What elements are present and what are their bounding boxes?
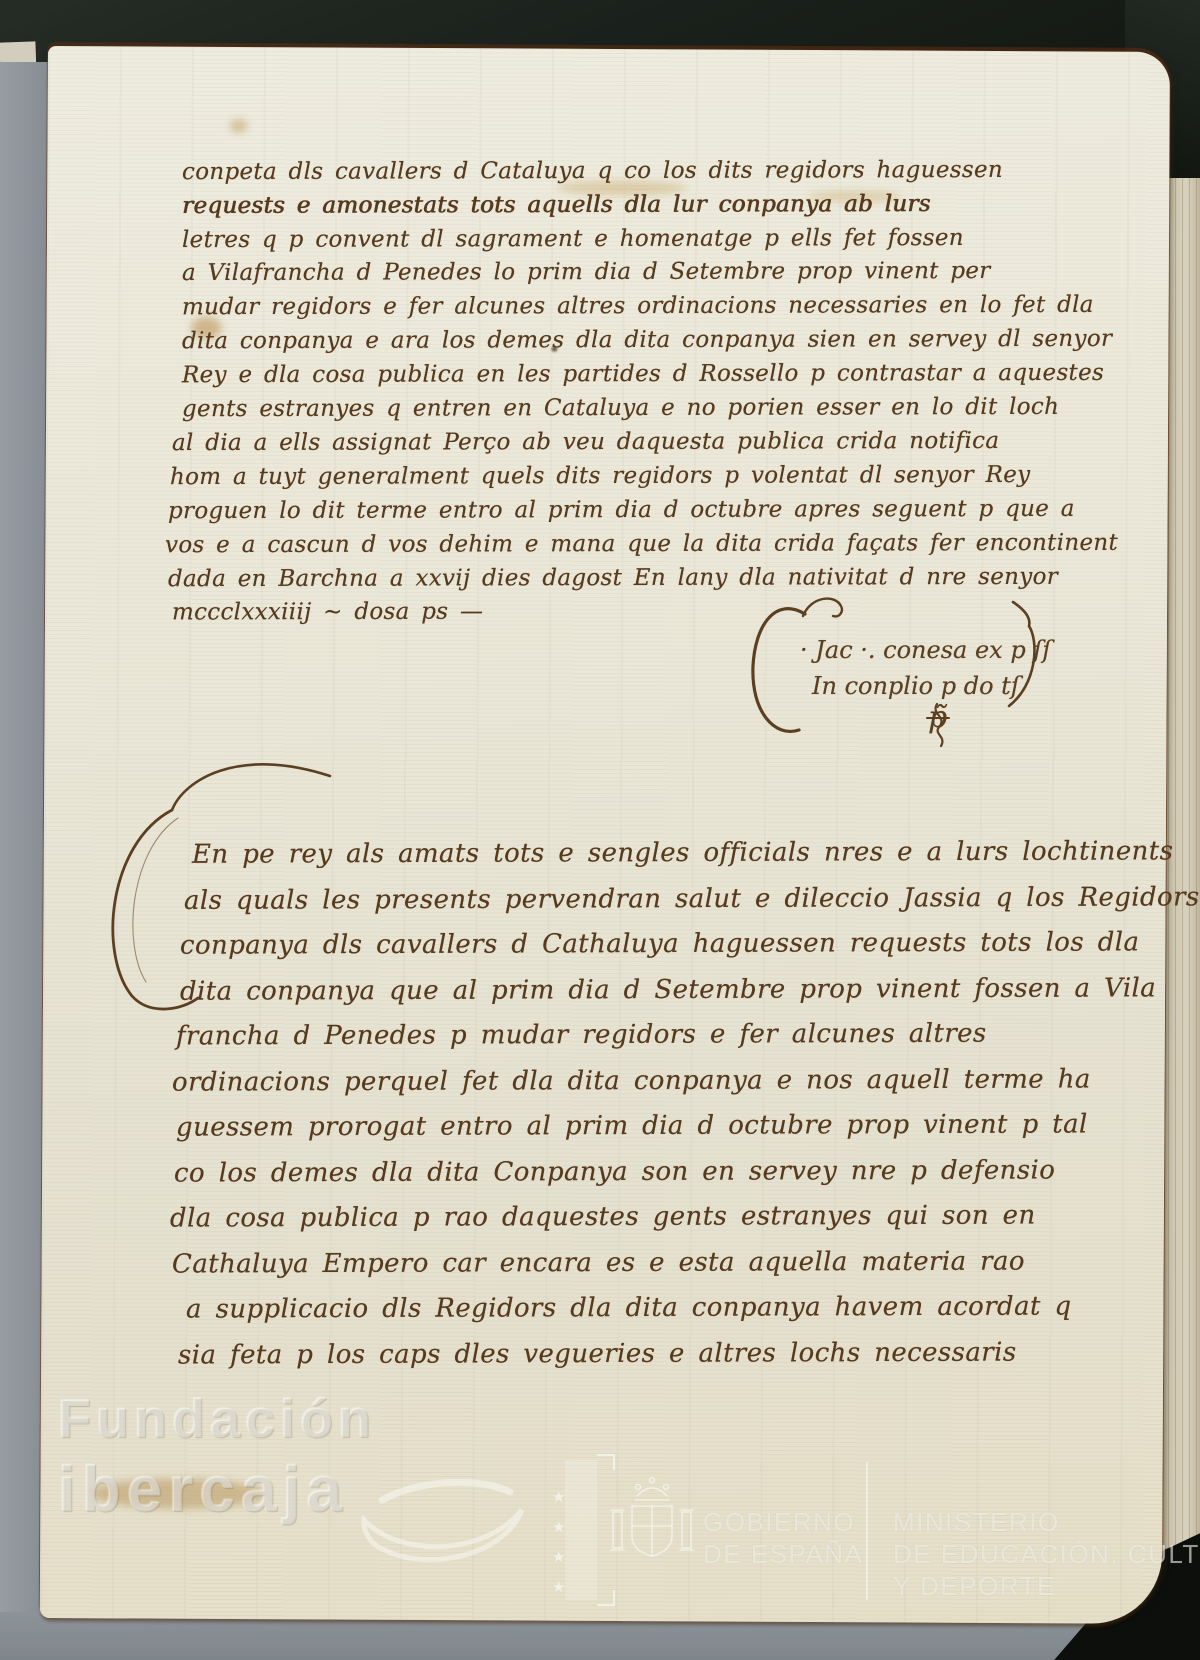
manuscript-line: dla cosa publica p rao daquestes gents e… [170,1200,1036,1233]
manuscript-line: al dia a ells assignat Perço ab veu daqu… [172,428,999,456]
manuscript-line: conpanya dls cavallers d Cathaluya hague… [180,927,1139,960]
spain-coat-of-arms-icon [600,1472,704,1588]
closing-mark: p̃ [928,700,947,735]
manuscript-line: mudar regidors e fer alcunes altres ordi… [182,292,1094,320]
paper-stain [230,119,248,133]
manuscript-line: ordinacions perquel fet dla dita conpany… [172,1064,1091,1097]
manuscript-line: dita conpanya e ara los demes dla dita c… [182,326,1112,354]
watermark-divider [866,1462,868,1600]
gobierno-text-line1: GOBIERNO [703,1506,855,1538]
ministerio-text-line2: DE EDUCACIÓN, CULTURA [893,1538,1200,1570]
manuscript-line: co los demes dla dita Conpanya son en se… [174,1155,1055,1188]
manuscript-line: Rey e dla cosa publica en les partides d… [182,360,1104,388]
manuscript-line: guessem prorogat entro al prim dia d oct… [176,1109,1088,1142]
manuscript-line: francha d Penedes p mudar regidors e fer… [176,1019,987,1052]
manuscript-line: vos e a cascun d vos dehim e mana que la… [165,530,1118,558]
manuscript-line: letres q p convent dl sagrament e homena… [182,225,964,253]
closing-line: · Jac ·. conesa ex p ſſ [800,636,1051,664]
manuscript-line: Cathaluya Empero car encara es e esta aq… [172,1247,1025,1280]
manuscript-line: als quals les presents pervendran salut … [184,882,1200,916]
manuscript-line: a supplicacio dls Regidors dla dita conp… [186,1291,1072,1324]
manuscript-line: dada en Barchna a xxvij dies dagost En l… [168,564,1058,592]
manuscript-line: hom a tuyt generalment quels dits regido… [170,462,1030,490]
ibercaja-watermark-line1: Fundación [58,1388,376,1450]
archive-photo: conpeta dls cavallers d Cataluya q co lo… [0,0,1200,1660]
closing-line: In conplio p do tſ [812,672,1020,700]
manuscript-line: En pe rey als amats tots e sengles offic… [192,836,1173,869]
manuscript-line: a Vilafrancha d Penedes lo prim dia d Se… [182,258,991,286]
manuscript-line: dita conpanya que al prim dia d Setembre… [180,973,1156,1006]
manuscript-line: conpeta dls cavallers d Cataluya q co lo… [182,157,1003,185]
ibercaja-watermark-line2: ibercaja [58,1452,348,1526]
manuscript-line: sia feta p los caps dles vegueries e alt… [178,1338,1017,1371]
gobierno-text-line2: DE ESPAÑA [703,1538,863,1570]
eu-stars-strip-icon: ★ ★ ★ ★ [565,1460,597,1600]
ministerio-text-line3: Y DEPORTE [893,1570,1056,1602]
manuscript-line: requests e amonestats tots aquells dla l… [182,191,931,219]
ibercaja-swoosh-icon [352,1462,552,1577]
manuscript-line: proguen lo dit terme entro al prim dia d… [168,496,1075,524]
manuscript-line: mccclxxxiiij ~ dosa ps — [172,599,483,626]
ministerio-text-line1: MINISTERIO [893,1506,1060,1538]
manuscript-line: gents estranyes q entren en Cataluya e n… [182,394,1059,422]
